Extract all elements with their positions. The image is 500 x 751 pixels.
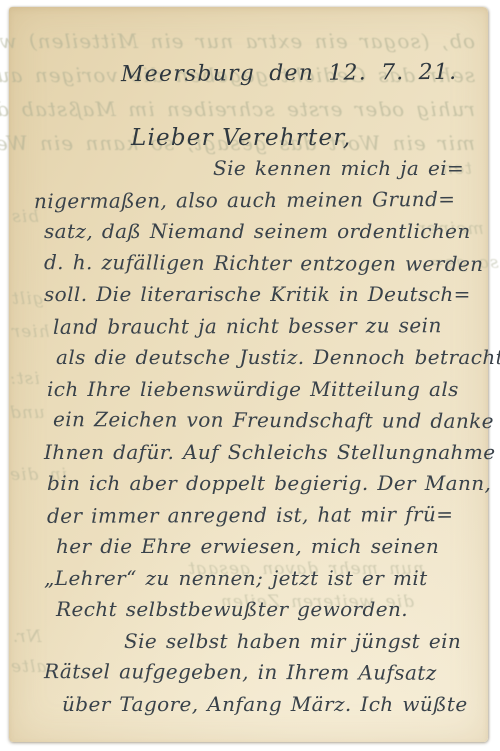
- letter-line: land braucht ja nicht besser zu sein: [27, 310, 482, 343]
- letter-line: nigermaßen, also auch meinen Grund=: [27, 183, 482, 217]
- letter-line: bin ich aber doppelt begierig. Der Mann,: [27, 468, 482, 500]
- letter-line: d. h. zufälligen Richter entzogen werden: [27, 247, 482, 280]
- letter-line: als die deutsche Justiz. Dennoch betrach…: [27, 342, 482, 374]
- letter-line: Sie selbst haben mir jüngst ein: [27, 626, 482, 658]
- letter-line: über Tagore, Anfang März. Ich wüßte: [27, 689, 482, 721]
- letter-body: Sie kennen mich ja ei= nigermaßen, also …: [27, 153, 482, 720]
- letter-paper: ob, (sogar ein extra nur ein Mitteilen) …: [9, 7, 488, 742]
- letter-dateline: Meersburg den 12. 7. 21.: [121, 60, 457, 87]
- letter-line: soll. Die literarische Kritik in Deutsch…: [27, 279, 482, 311]
- letter-line: Recht selbstbewußter geworden.: [27, 594, 482, 626]
- letter-line: Sie kennen mich ja ei=: [27, 153, 482, 185]
- letter-line: ein Zeichen von Freundschaft und danke: [27, 404, 482, 437]
- letter-line: her die Ehre erwiesen, mich seinen: [27, 531, 482, 563]
- letter-ink-layer: Meersburg den 12. 7. 21. Lieber Verehrte…: [9, 7, 488, 742]
- letter-salutation: Lieber Verehrter,: [131, 125, 351, 151]
- letter-line: Rätsel aufgegeben, in Ihrem Aufsatz: [27, 656, 482, 689]
- letter-line: ich Ihre liebenswürdige Mitteilung als: [27, 374, 482, 406]
- letter-line: der immer anregend ist, hat mir frü=: [27, 499, 482, 532]
- letter-line: „Lehrer“ zu nennen; jetzt ist er mit: [27, 563, 482, 595]
- photo-of-letter: { "document": { "dateline": "Meersburg d…: [0, 0, 500, 751]
- letter-line: satz, daß Niemand seinem ordentlichen: [27, 216, 482, 248]
- letter-line: Ihnen dafür. Auf Schleichs Stellungnahme: [27, 437, 482, 469]
